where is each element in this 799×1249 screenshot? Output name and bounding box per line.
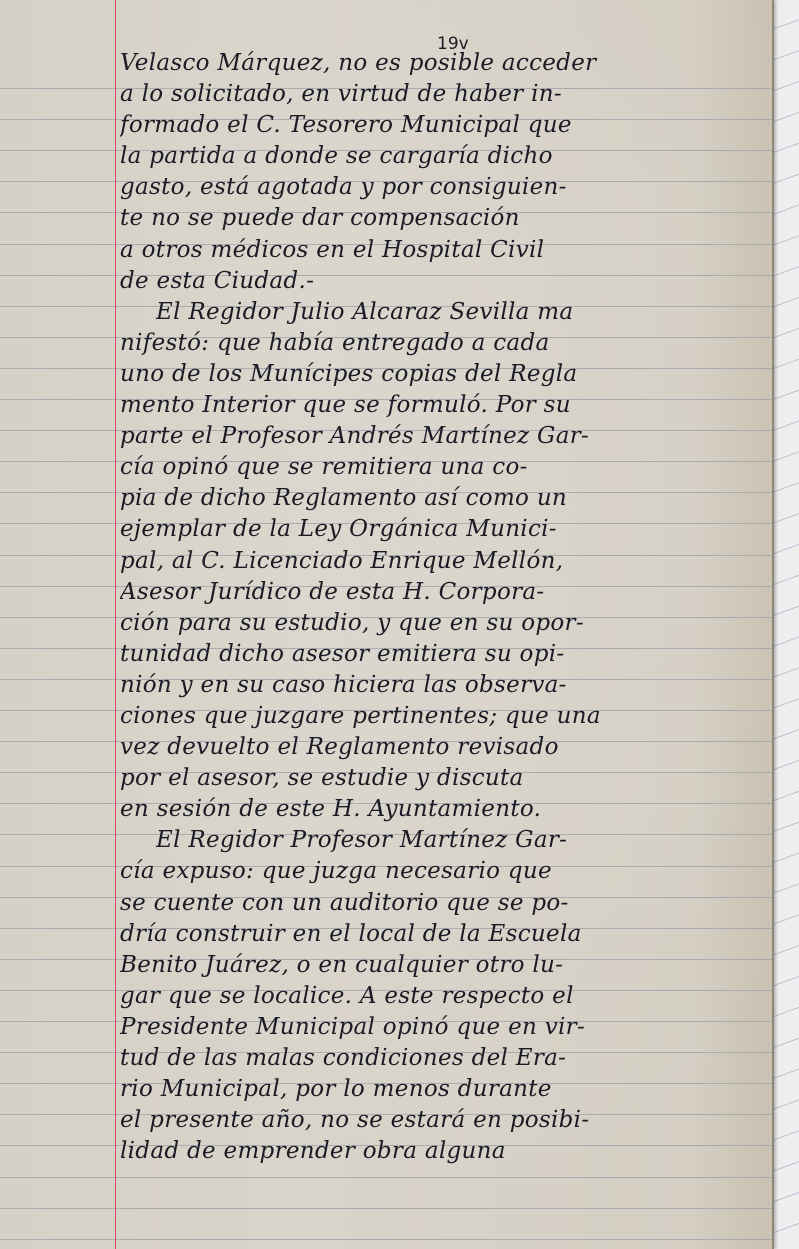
text-line: te no se puede dar compensación — [120, 203, 775, 234]
text-line: a lo solicitado, en virtud de haber in- — [120, 79, 775, 110]
text-line: el presente año, no se estará en posibi- — [120, 1105, 775, 1136]
text-line: Presidente Municipal opinó que en vir- — [120, 1012, 775, 1043]
paragraph-start-line: El Regidor Profesor Martínez Gar- — [120, 825, 775, 856]
text-line: Velasco Márquez, no es posible acceder — [120, 48, 775, 79]
text-line: en sesión de este H. Ayuntamiento. — [120, 794, 775, 825]
text-line: formado el C. Tesorero Municipal que — [120, 110, 775, 141]
text-line: cía expuso: que juzga necesario que — [120, 856, 775, 887]
text-line: pia de dicho Reglamento así como un — [120, 483, 775, 514]
text-line: cía opinó que se remitiera una co- — [120, 452, 775, 483]
text-line: pal, al C. Licenciado Enrique Mellón, — [120, 546, 775, 577]
text-line: uno de los Munícipes copias del Regla — [120, 359, 775, 390]
handwritten-text: Velasco Márquez, no es posible acceder a… — [120, 48, 775, 1167]
text-line: la partida a donde se cargaría dicho — [120, 141, 775, 172]
paragraph-start-line: El Regidor Julio Alcaraz Sevilla ma — [120, 297, 775, 328]
text-line: ciones que juzgare pertinentes; que una — [120, 701, 775, 732]
text-line: por el asesor, se estudie y discuta — [120, 763, 775, 794]
text-line: se cuente con un auditorio que se po- — [120, 888, 775, 919]
text-line: lidad de emprender obra alguna — [120, 1136, 775, 1167]
red-margin-line — [115, 0, 116, 1249]
text-line: Asesor Jurídico de esta H. Corpora- — [120, 577, 775, 608]
text-line: ción para su estudio, y que en su opor- — [120, 608, 775, 639]
text-line: mento Interior que se formuló. Por su — [120, 390, 775, 421]
text-line: a otros médicos en el Hospital Civil — [120, 235, 775, 266]
text-line: gar que se localice. A este respecto el — [120, 981, 775, 1012]
text-line: dría construir en el local de la Escuela — [120, 919, 775, 950]
text-line: tunidad dicho asesor emitiera su opi- — [120, 639, 775, 670]
text-line: Benito Juárez, o en cualquier otro lu- — [120, 950, 775, 981]
text-line: rio Municipal, por lo menos durante — [120, 1074, 775, 1105]
text-line: vez devuelto el Reglamento revisado — [120, 732, 775, 763]
text-line: nifestó: que había entregado a cada — [120, 328, 775, 359]
text-line: tud de las malas condiciones del Era- — [120, 1043, 775, 1074]
text-line: de esta Ciudad.- — [120, 266, 775, 297]
ledger-page: 19v Velasco Márquez, no es posible acced… — [0, 0, 774, 1249]
text-line: gasto, está agotada y por consiguien- — [120, 172, 775, 203]
text-line: nión y en su caso hiciera las observa- — [120, 670, 775, 701]
text-line: parte el Profesor Andrés Martínez Gar- — [120, 421, 775, 452]
text-line: ejemplar de la Ley Orgánica Munici- — [120, 514, 775, 545]
